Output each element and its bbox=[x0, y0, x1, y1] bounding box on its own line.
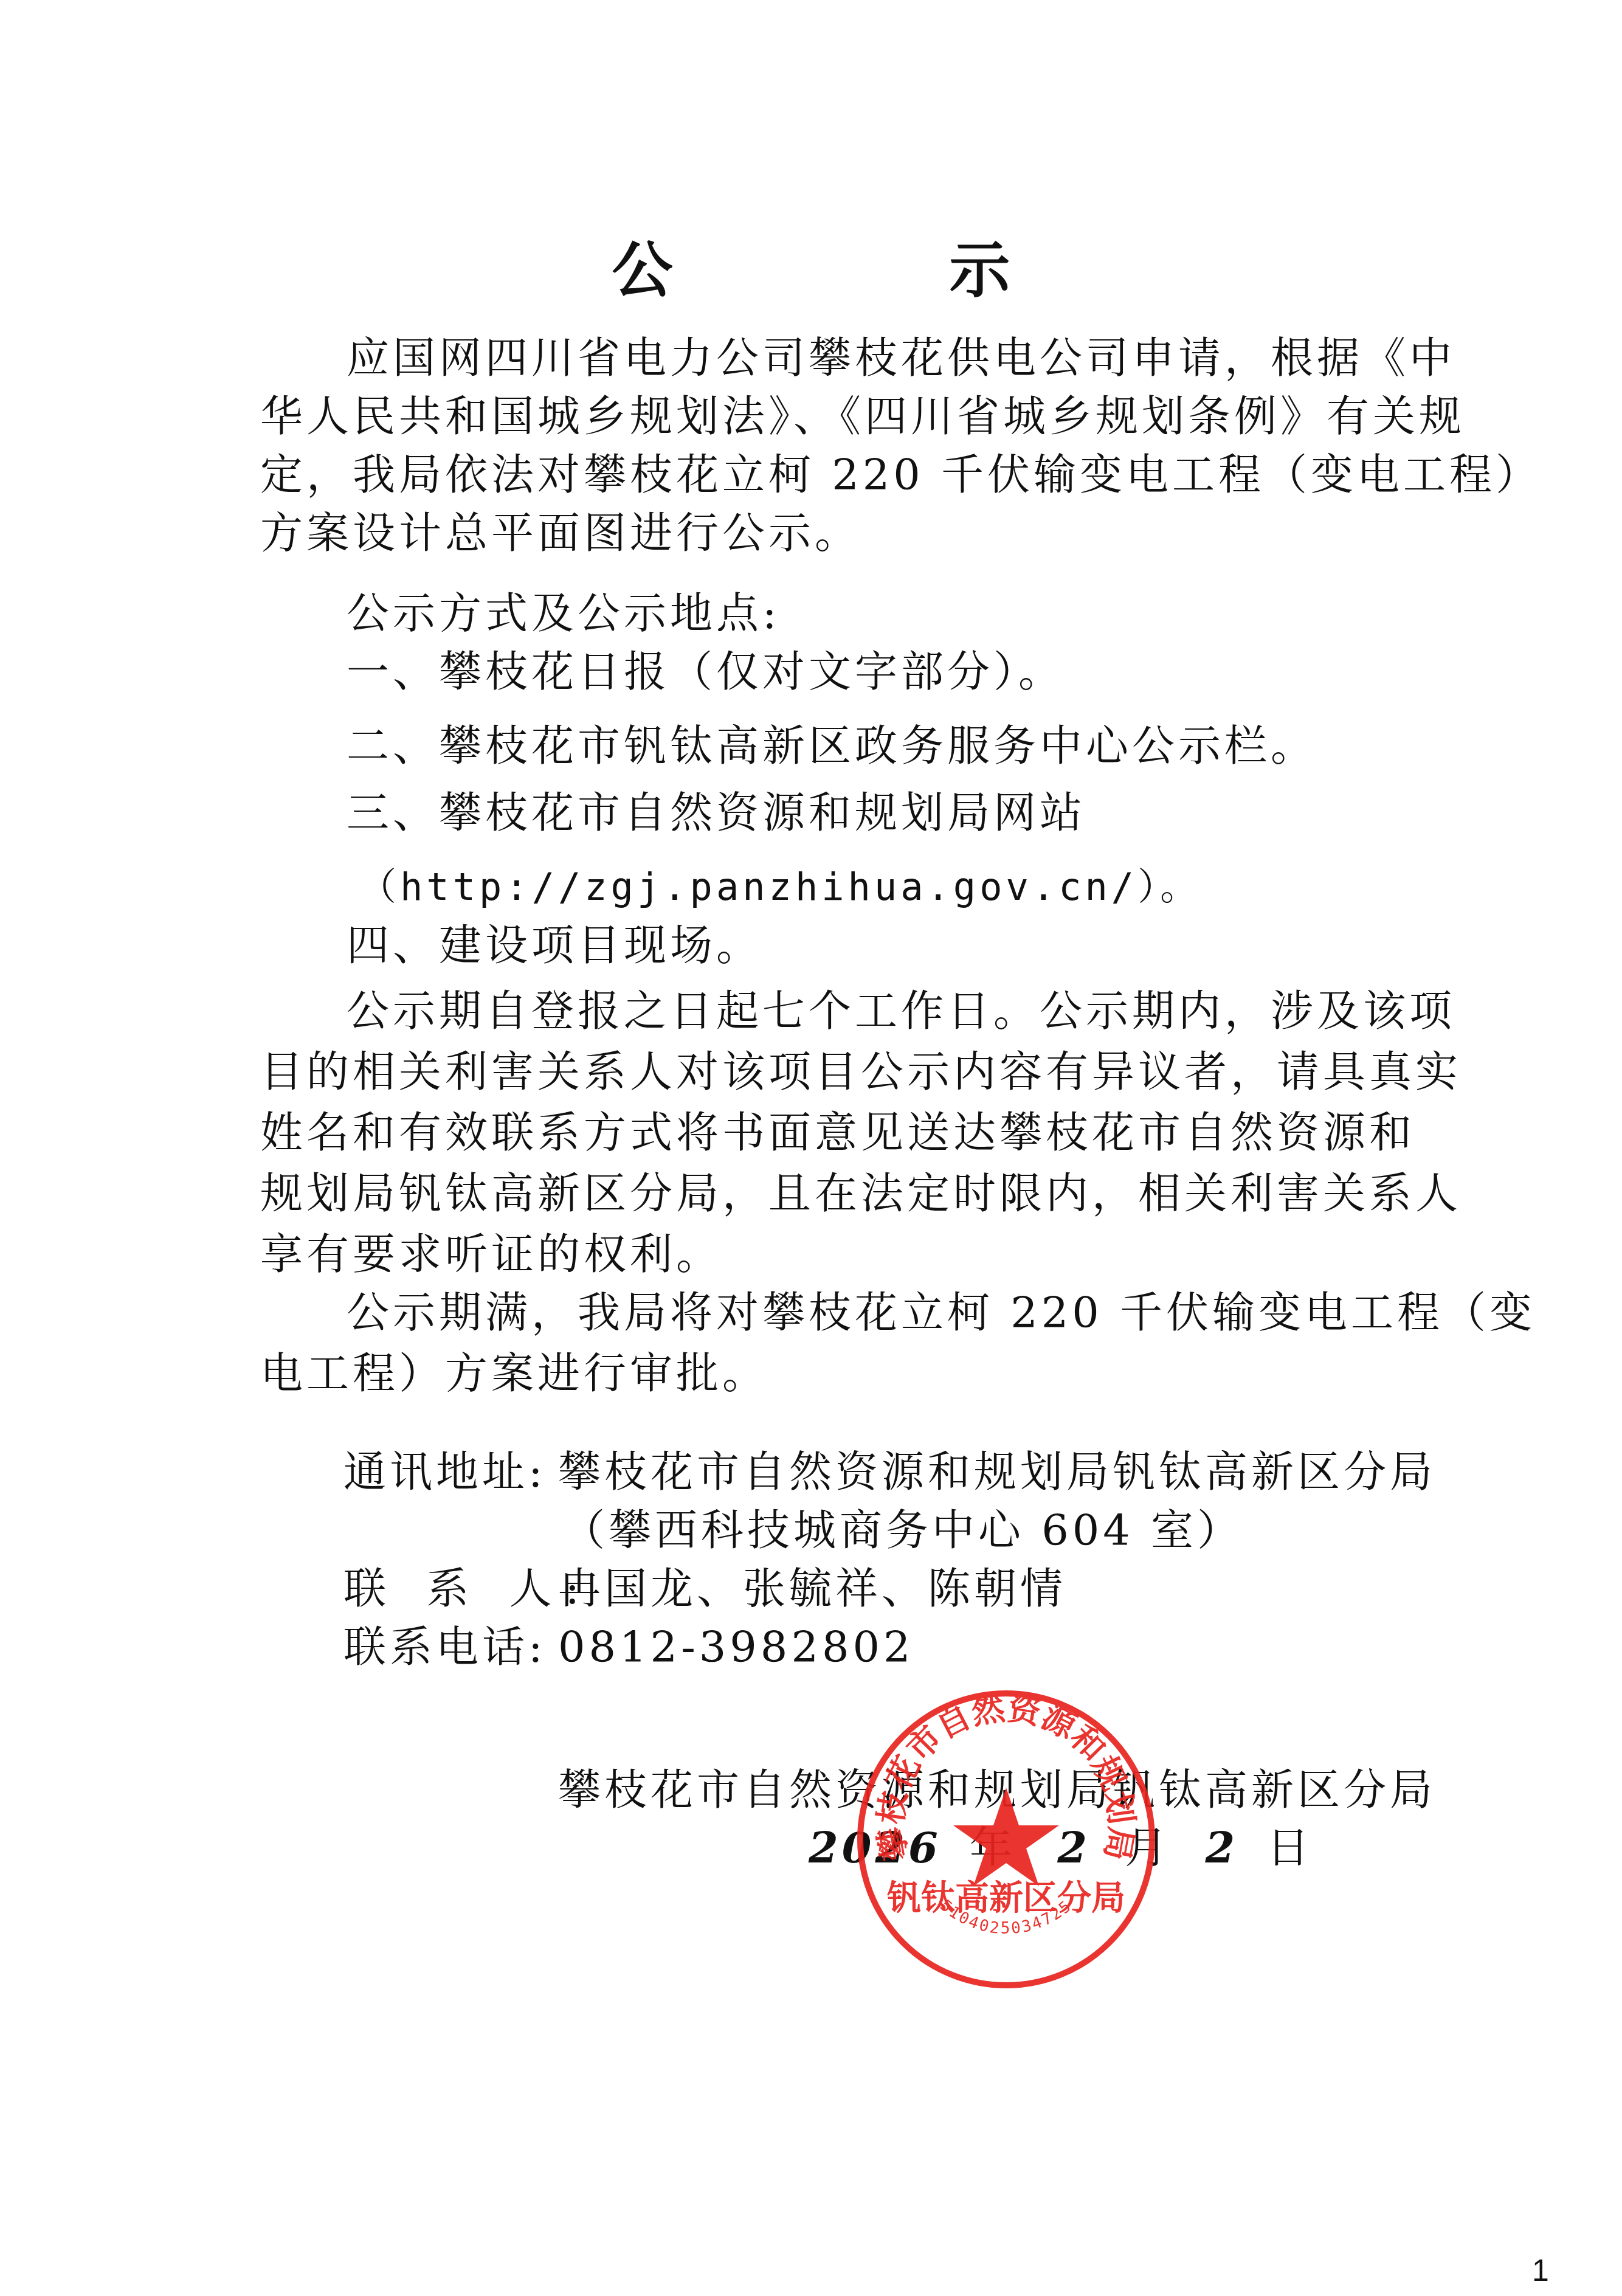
period-line-5: 享有要求听证的权利。 bbox=[260, 1225, 1403, 1284]
period-line-3: 姓名和有效联系方式将书面意见送达攀枝花市自然资源和 bbox=[260, 1103, 1403, 1163]
closing-line-1: 公示期满，我局将对攀枝花立柯 220 千伏输变电工程（变 bbox=[347, 1283, 1489, 1343]
document-page: 公 示 应国网四川省电力公司攀枝花供电公司申请，根据《中 华人民共和国城乡规划法… bbox=[0, 0, 1622, 2296]
official-seal: 攀枝花市自然资源和规划局 钒钛高新区分局 5104025034725 bbox=[857, 1690, 1155, 1988]
method-item-1: 一、攀枝花日报（仅对文字部分）。 bbox=[347, 642, 1489, 702]
contact-address-room: （攀西科技城商务中心 604 室） bbox=[562, 1501, 1622, 1560]
intro-line-3: 定，我局依法对攀枝花立柯 220 千伏输变电工程（变电工程） bbox=[260, 445, 1403, 505]
intro-line-2: 华人民共和国城乡规划法》、《四川省城乡规划条例》有关规 bbox=[260, 387, 1403, 446]
page-title: 公 示 bbox=[0, 234, 1622, 307]
method-item-3: 三、攀枝花市自然资源和规划局网站 bbox=[347, 783, 1489, 843]
contact-person-value: 冉国龙、张毓祥、陈朝情 bbox=[558, 1559, 1622, 1619]
contact-phone-value: 0812-3982802 bbox=[558, 1617, 1622, 1677]
period-line-1: 公示期自登报之日起七个工作日。公示期内，涉及该项 bbox=[347, 981, 1489, 1041]
method-item-2: 二、攀枝花市钒钛高新区政务服务中心公示栏。 bbox=[347, 716, 1489, 776]
closing-line-2: 电工程）方案进行审批。 bbox=[260, 1344, 1403, 1403]
intro-line-1: 应国网四川省电力公司攀枝花供电公司申请，根据《中 bbox=[347, 328, 1404, 388]
seal-bottom-text: 钒钛高新区分局 bbox=[887, 1878, 1125, 1918]
website-link[interactable]: （http://zgj.panzhihua.gov.cn/）。 bbox=[359, 857, 1502, 917]
method-item-4: 四、建设项目现场。 bbox=[347, 916, 1489, 975]
period-line-2: 目的相关利害关系人对该项目公示内容有异议者，请具真实 bbox=[260, 1042, 1403, 1102]
date-day-label: 日 bbox=[1267, 1823, 1313, 1873]
contact-address-value: 攀枝花市自然资源和规划局钒钛高新区分局 bbox=[558, 1442, 1622, 1502]
intro-line-4: 方案设计总平面图进行公示。 bbox=[260, 503, 1403, 563]
page-number: 1 bbox=[1532, 2253, 1549, 2288]
date-day: 2 bbox=[1206, 1822, 1239, 1873]
methods-heading: 公示方式及公示地点: bbox=[347, 584, 1489, 643]
seal-star-icon: 攀枝花市自然资源和规划局 钒钛高新区分局 5104025034725 bbox=[863, 1696, 1149, 1982]
period-line-4: 规划局钒钛高新区分局，且在法定时限内，相关利害关系人 bbox=[260, 1164, 1403, 1223]
